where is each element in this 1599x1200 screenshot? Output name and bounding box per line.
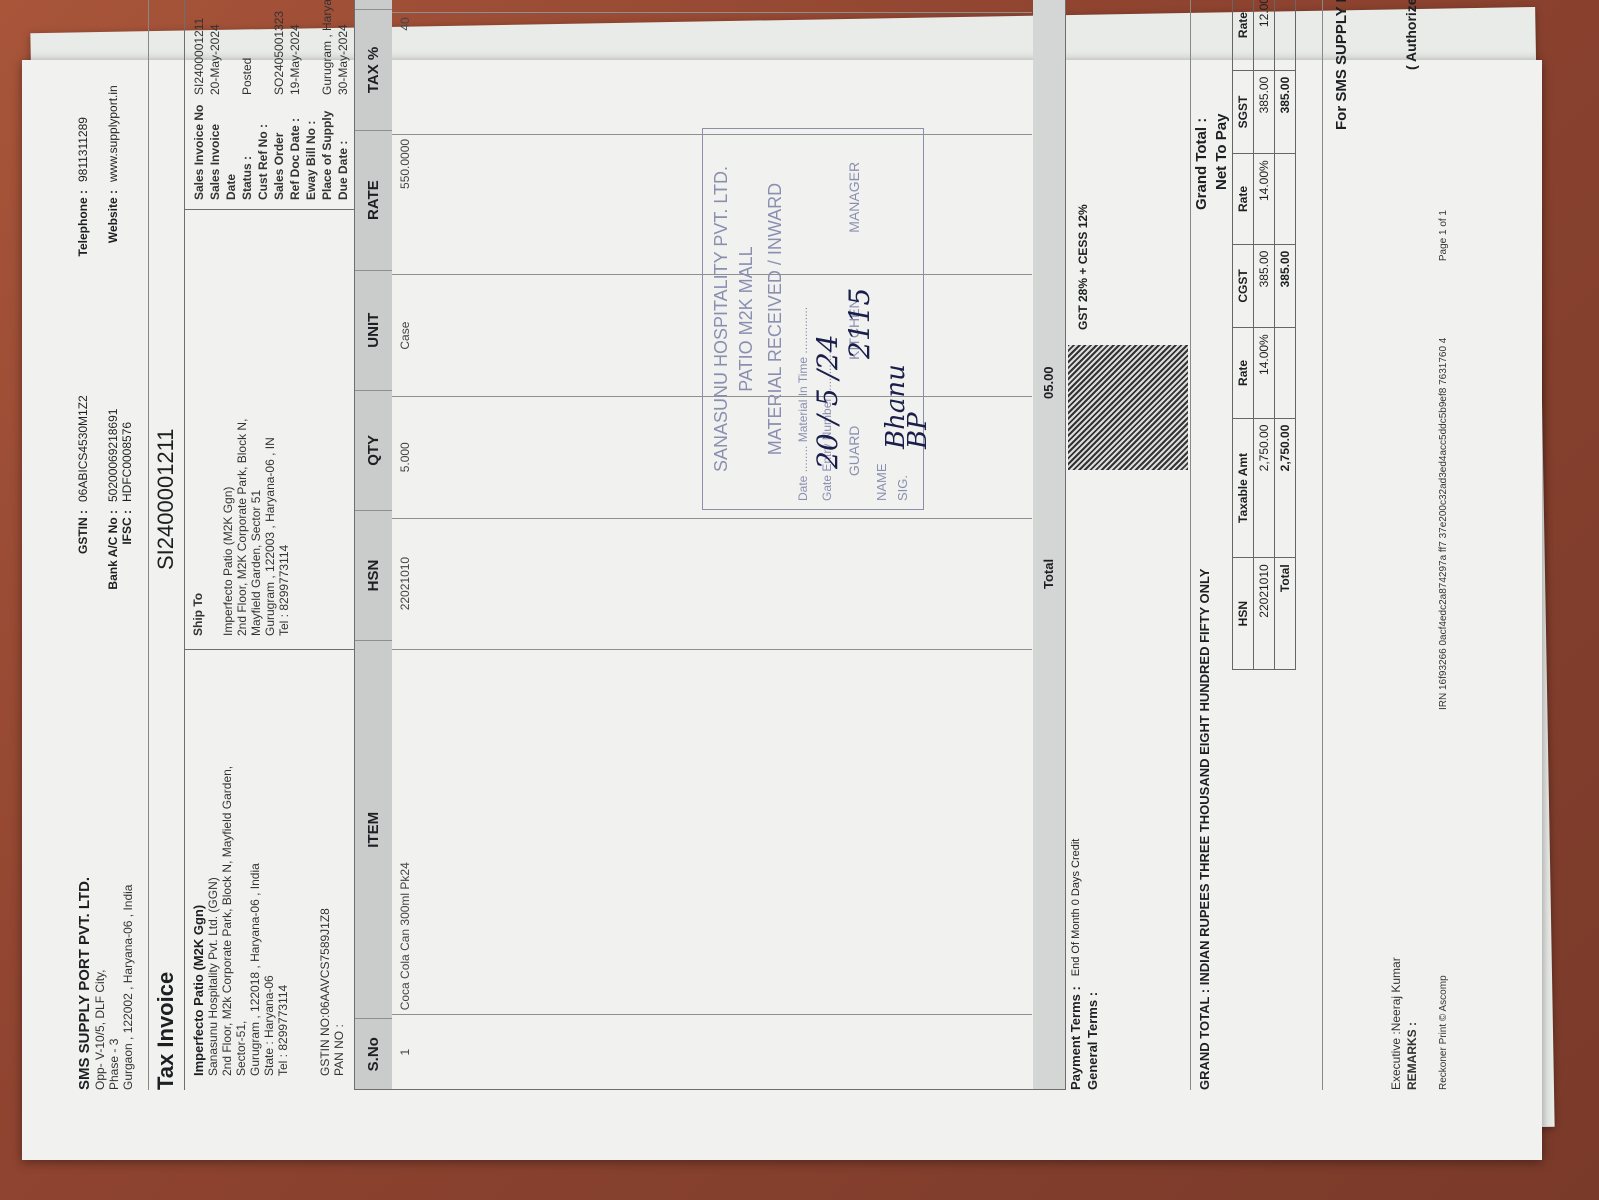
- executive-name: Executive :Neeraj Kumar: [1389, 957, 1403, 1090]
- qr-code: [1068, 345, 1188, 470]
- gst-cell: [1275, 328, 1296, 418]
- bill-to-pan: PAN NO :: [332, 664, 346, 1076]
- gst-header: Rate: [1233, 0, 1254, 70]
- ifsc-label: IFSC :: [120, 510, 134, 610]
- invoice-meta-row: Eway Bill No :: [303, 0, 319, 200]
- handwritten-gate-number: 2115: [843, 288, 876, 359]
- invoice-meta-row: Status :Posted: [239, 0, 255, 200]
- table-cell: 40: [392, 12, 1032, 134]
- column-header: S.No: [355, 1018, 392, 1089]
- bill-to-block: Imperfecto Patio (M2K Ggn) Sanasunu Hosp…: [184, 649, 355, 1090]
- ship-to-block: Ship To Imperfecto Patio (M2K Ggn) 2nd F…: [184, 209, 355, 650]
- gstin-label: GSTIN :: [76, 510, 90, 610]
- supplier-contact-block: Telephone :9811311289 Website :www.suppl…: [76, 20, 120, 280]
- invoice-meta-row: Cust Ref No :: [255, 0, 271, 200]
- ship-to-line: Tel : 8299773114: [277, 224, 291, 636]
- column-header: ITEM: [355, 640, 392, 1018]
- bill-to-line: Gurugram , 122018 , Haryana-06 , India: [248, 664, 262, 1076]
- invoice-meta-row: Sales Invoice Date20-May-2024: [207, 0, 239, 200]
- column-header: UNIT: [355, 270, 392, 390]
- items-total-qty: 05.00: [1041, 366, 1056, 399]
- supplier-address-2: Phase - 3: [107, 730, 121, 1090]
- bill-to-name: Imperfecto Patio (M2K Ggn): [191, 664, 206, 1076]
- payment-terms-label: Payment Terms :: [1068, 986, 1083, 1090]
- meta-label: Sales Invoice Date: [207, 95, 239, 200]
- invoice-meta-row: Ref Doc Date :19-May-2024: [287, 0, 303, 200]
- meta-label: Cust Ref No :: [255, 95, 271, 200]
- gst-cell: 12.00%: [1254, 0, 1275, 70]
- invoice-paper: SMS SUPPLY PORT PVT. LTD. Opp- V-10/5, D…: [22, 60, 1542, 1160]
- telephone-label: Telephone :: [76, 190, 90, 280]
- gst-cell: 2,750.00: [1275, 418, 1296, 558]
- grand-total-block: GRAND TOTAL : INDIAN RUPEES THREE THOUSA…: [1190, 0, 1231, 1090]
- bill-to-line: Sanasunu Hospitality Pvt. Ltd. (GGN): [206, 664, 220, 1076]
- remarks-label: REMARKS :: [1405, 1022, 1419, 1090]
- meta-value: 20-May-2024: [207, 24, 239, 95]
- gst-header: Rate: [1233, 154, 1254, 244]
- ship-to-line: Imperfecto Patio (M2K Ggn): [221, 224, 235, 636]
- handwritten-date: 20 / 5 /24: [811, 334, 844, 469]
- irn-number: IRN 16f93266 0acf4edc2a874297a ff7 37e20…: [1438, 338, 1449, 710]
- column-header: RATE: [355, 130, 392, 270]
- invoice-meta-block: Sales Invoice NoSI2400001211Sales Invoic…: [184, 0, 355, 210]
- gst-cell: [1275, 0, 1296, 70]
- meta-value: SO2405001323: [271, 11, 287, 95]
- tax-note: GST 28% + CESS 12%: [1076, 204, 1090, 330]
- column-header: TAX %: [355, 9, 392, 129]
- for-company-label: For SMS SUPPLY PORT PVT. LTD.: [1333, 0, 1350, 130]
- gst-cell: 14.00%: [1254, 328, 1275, 418]
- meta-label: Sales Invoice No: [191, 95, 207, 200]
- bank-label: Bank A/C No :: [106, 510, 120, 610]
- bill-to-line: State : Haryana-06: [262, 664, 276, 1076]
- supplier-address-3: Gurgaon , 122002 , Haryana-06 , India: [121, 730, 135, 1090]
- table-cell: 770.0000: [392, 0, 1032, 12]
- invoice-meta-row: Due Date :30-May-2024: [335, 0, 351, 200]
- supplier-telephone: 9811311289: [76, 117, 90, 182]
- footer-block: Executive :Neeraj Kumar REMARKS : For SM…: [1322, 0, 1433, 1090]
- gst-header: CGST: [1233, 244, 1254, 328]
- meta-label: Ref Doc Date :: [287, 95, 303, 200]
- stamp-role-guard: GUARD: [846, 426, 862, 477]
- stamp-role-manager: MANAGER: [846, 162, 862, 233]
- supplier-bank-block: GSTIN :06ABICS4530M1Z2 Bank A/C No :5020…: [76, 350, 134, 610]
- meta-label: Place of Supply: [319, 95, 335, 200]
- bill-to-line: 2nd Floor, M2k Corporate Park, Block N, …: [220, 664, 234, 1076]
- payment-terms-value: End Of Month 0 Days Credit: [1070, 839, 1083, 977]
- table-cell: Coca Cola Can 300ml Pk24: [392, 649, 1032, 1015]
- gst-cell: 385.00: [1254, 244, 1275, 328]
- invoice-meta-row: Sales Invoice NoSI2400001211: [191, 0, 207, 200]
- bill-to-line: Tel : 8299773114: [276, 664, 290, 1076]
- gst-cell: [1275, 154, 1296, 244]
- title-bar: Tax Invoice SI2400001211 Original: [148, 0, 185, 1090]
- page-number: Page 1 of 1: [1438, 210, 1449, 261]
- meta-value: Gurugram , Haryana-06: [319, 0, 335, 95]
- supplier-website: www.supplyport.in: [106, 85, 120, 182]
- ship-to-label: Ship To: [191, 224, 205, 636]
- stamp-time-label: Material In Time: [796, 357, 810, 442]
- gst-cell: 385.00: [1275, 244, 1296, 328]
- general-terms-label: General Terms :: [1085, 0, 1100, 1090]
- ship-to-line: Mayfield Garden, Sector 51: [249, 224, 263, 636]
- meta-value: 19-May-2024: [287, 24, 303, 95]
- supplier-name: SMS SUPPLY PORT PVT. LTD.: [76, 730, 93, 1090]
- ifsc-code: HDFC0008576: [120, 422, 134, 502]
- stamp-title: MATERIAL RECEIVED / INWARD: [765, 129, 786, 509]
- invoice-meta-row: Sales OrderSO2405001323: [271, 0, 287, 200]
- material-received-stamp: SANASUNU HOSPITALITY PVT. LTD. PATIO M2K…: [702, 128, 924, 510]
- meta-value: Posted: [239, 58, 255, 95]
- table-cell: 22021010: [392, 518, 1032, 649]
- supplier-block: SMS SUPPLY PORT PVT. LTD. Opp- V-10/5, D…: [76, 730, 135, 1090]
- stamp-outlet: PATIO M2K MALL: [736, 129, 757, 509]
- column-header: NET RATE: [355, 0, 392, 9]
- bill-to-gstin: GSTIN NO:06AAVCS7589J1Z8: [318, 664, 332, 1076]
- gst-cell: 14.00%: [1254, 154, 1275, 244]
- invoice-page: SMS SUPPLY PORT PVT. LTD. Opp- V-10/5, D…: [62, 110, 1502, 1110]
- gst-cell: Total: [1275, 558, 1296, 670]
- website-label: Website :: [106, 190, 120, 280]
- supplier-address-1: Opp- V-10/5, DLF City,: [93, 730, 107, 1090]
- gst-summary-table: HSNTaxable AmtRateCGSTRateSGSTRateCESSTo…: [1232, 0, 1296, 670]
- gst-header: HSN: [1233, 558, 1254, 670]
- supplier-gstin: 06ABICS4530M1Z2: [76, 395, 90, 502]
- document-title: Tax Invoice: [153, 972, 179, 1090]
- gst-cell: 385.00: [1275, 70, 1296, 154]
- items-total-row: Total 05.00 3,850.00: [1033, 0, 1065, 1089]
- meta-label: Sales Order: [271, 95, 287, 200]
- invoice-number: SI2400001211: [153, 428, 179, 570]
- meta-label: Eway Bill No :: [303, 95, 319, 200]
- meta-value: SI2400001211: [191, 18, 207, 95]
- table-cell: 1: [392, 1014, 1032, 1089]
- grand-total-words: GRAND TOTAL : INDIAN RUPEES THREE THOUSA…: [1197, 569, 1212, 1090]
- net-to-pay-label: Net To Pay: [1213, 114, 1230, 190]
- column-header: QTY: [355, 390, 392, 510]
- gst-header: Taxable Amt: [1233, 418, 1254, 558]
- bank-account: 50200069218691: [106, 409, 120, 502]
- terms-block: Payment Terms : End Of Month 0 Days Cred…: [1068, 0, 1188, 1090]
- gst-cell: 385.00: [1254, 70, 1275, 154]
- gst-row: Total2,750.00385.00385.00330.001,100.00: [1275, 0, 1296, 670]
- ship-to-line: Gurugram , 122003 , Haryana-06 , IN: [263, 224, 277, 636]
- gst-cell: 2,750.00: [1254, 418, 1275, 558]
- stamp-company: SANASUNU HOSPITALITY PVT. LTD.: [711, 129, 732, 509]
- stamp-date-label: Date: [796, 476, 810, 501]
- printed-by: Reckoner Print © Ascomp: [1438, 975, 1449, 1090]
- invoice-meta-row: Place of SupplyGurugram , Haryana-06: [319, 0, 335, 200]
- ship-to-line: 2nd Floor, M2K Corporate Park, Block N,: [235, 224, 249, 636]
- items-total-label: Total: [1041, 559, 1056, 589]
- column-header: HSN: [355, 510, 392, 640]
- gst-row: 220210102,750.0014.00%385.0014.00%385.00…: [1254, 0, 1275, 670]
- meta-label: Due Date :: [335, 95, 351, 200]
- meta-label: Status :: [239, 95, 255, 200]
- grand-total-label: Grand Total :: [1193, 118, 1210, 210]
- gst-header: SGST: [1233, 70, 1254, 154]
- meta-value: 30-May-2024: [335, 24, 351, 95]
- gst-header: Rate: [1233, 328, 1254, 418]
- authorized-signatory: ( Authorized Signatory ): [1403, 0, 1419, 70]
- bill-to-line: Sector-51,: [234, 664, 248, 1076]
- gst-cell: 22021010: [1254, 558, 1275, 670]
- handwritten-signature: BP: [903, 412, 933, 449]
